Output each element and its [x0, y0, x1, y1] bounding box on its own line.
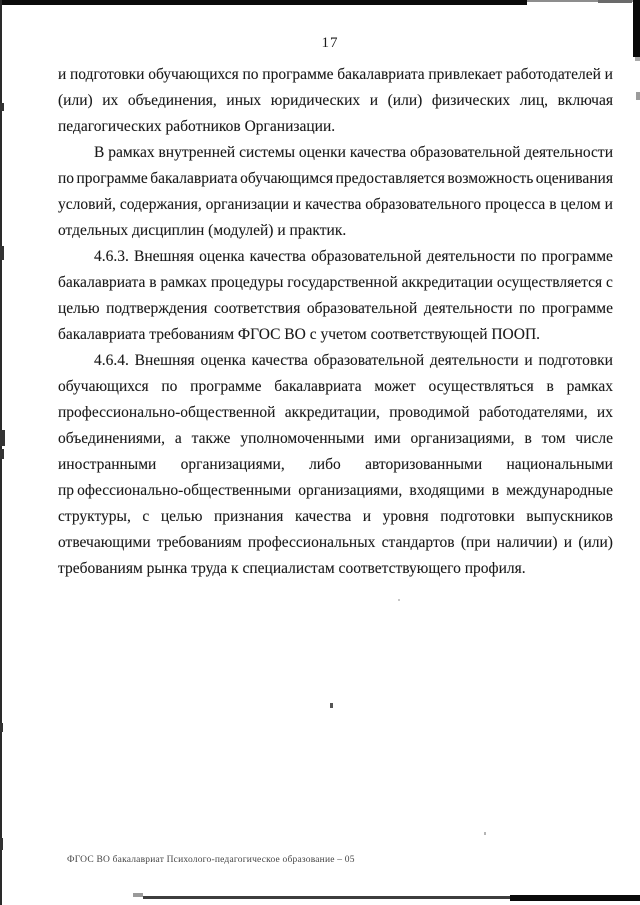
scan-artifact-top-bar: [0, 0, 527, 5]
scan-artifact-tick: [0, 430, 5, 446]
text-line: обучающихсяпопрограммебакалавриатаможето…: [58, 374, 613, 400]
scan-artifact-bottom-gray: [133, 893, 143, 897]
text-line: Врамкахвнутреннейсистемыоценкикачестваоб…: [58, 140, 613, 166]
document-body: иподготовкиобучающихсяпопрограммебакалав…: [58, 62, 613, 582]
scan-artifact-tick: [0, 723, 3, 732]
scan-artifact-tick: [0, 103, 4, 111]
text-line: требованиям рынка труда к специалистам с…: [58, 556, 613, 582]
scan-artifact-speck: [330, 703, 333, 708]
text-line: отдельных дисциплин (модулей) и практик.: [58, 218, 613, 244]
text-line: объединениями,атакжеуполномоченнымиимиор…: [58, 426, 613, 452]
scan-artifact-top-gray: [527, 0, 640, 2]
text-line: педагогических работников Организации.: [58, 114, 613, 140]
text-line: 4.6.3.Внешняяоценкакачестваобразовательн…: [58, 244, 613, 270]
text-line: условий,содержания,организацииикачествао…: [58, 192, 613, 218]
scan-artifact-left-line: [0, 0, 2, 905]
text-line: бакалавриата требованиям ФГОС ВО с учето…: [58, 322, 613, 348]
text-line: структуры,сцельюпризнаниякачестваиуровня…: [58, 504, 613, 530]
scan-artifact-tick: [0, 838, 3, 850]
scan-artifact-right-gray: [635, 57, 640, 61]
scan-artifact-right-gray: [636, 92, 640, 100]
scan-artifact-top-gray: [598, 0, 632, 3]
text-line: пр офессионально-общественнымиорганизаци…: [58, 478, 613, 504]
text-line: профессионально-общественнойаккредитации…: [58, 400, 613, 426]
scan-artifact-bottom-line: [143, 896, 640, 899]
scan-artifact-speck: [484, 832, 486, 835]
page-number: 17: [0, 35, 640, 52]
text-line: (или)ихобъединения,иныхюридическихи(или)…: [58, 88, 613, 114]
text-line: попрограммебакалавриатаобучающимсяпредос…: [58, 166, 613, 192]
scan-artifact-tick: [0, 449, 4, 459]
text-line: цельюподтверждениясоответствияобразовате…: [58, 296, 613, 322]
text-line: бакалавриатаврамкахпроцедурыгосударствен…: [58, 270, 613, 296]
footer-note: ФГОС ВО бакалавриат Психолого-педагогиче…: [67, 855, 355, 865]
scan-artifact-speck: [398, 599, 400, 601]
scan-artifact-bottom-dark: [510, 895, 640, 901]
document-page: 17 иподготовкиобучающихсяпопрограммебака…: [0, 0, 640, 905]
text-line: иностраннымиорганизациями,либоавторизова…: [58, 452, 613, 478]
text-line: 4.6.4.Внешняяоценкакачестваобразовательн…: [58, 348, 613, 374]
text-line: иподготовкиобучающихсяпопрограммебакалав…: [58, 62, 613, 88]
scan-artifact-tick: [0, 246, 4, 260]
text-line: отвечающимитребованиямпрофессиональныхст…: [58, 530, 613, 556]
